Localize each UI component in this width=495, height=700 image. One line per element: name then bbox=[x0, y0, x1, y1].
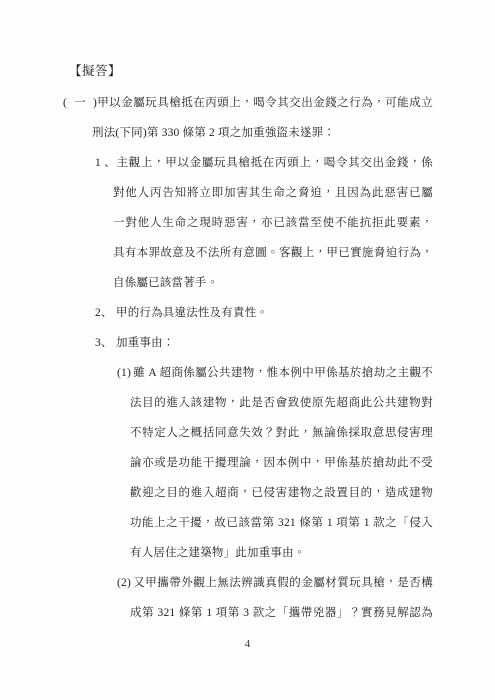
text-line: 有人居住之建築物」此加重事由。 bbox=[130, 538, 433, 568]
text-line: 歡迎之目的進入超商，已侵害建物之設置目的，造成建物 bbox=[130, 478, 433, 508]
text-line: 對他人丙告知將立即加害其生命之脅迫，且因為此惡害已屬 bbox=[113, 178, 433, 208]
list-marker: (2) bbox=[117, 568, 133, 598]
text-line: 功能上之干擾，故已該當第 321 條第 1 項第 1 款之「侵入 bbox=[130, 508, 433, 538]
list-marker: 1、 bbox=[95, 148, 116, 178]
answer-block: 1、主觀上，甲以金屬玩具槍抵在丙頭上，喝令其交出金錢，係對他人丙告知將立即加害其… bbox=[0, 148, 433, 298]
answer-block: 2、甲的行為具違法性及有責性。 bbox=[0, 298, 433, 328]
answer-heading: 【擬答】 bbox=[69, 56, 495, 86]
text-line: 自係屬已該當著手。 bbox=[113, 268, 433, 298]
line-text: 加重事由： bbox=[116, 337, 175, 349]
list-marker: (一) bbox=[63, 88, 97, 118]
text-line: 刑法(下同)第 330 條第 2 項之加重強盜未遂罪： bbox=[92, 118, 433, 148]
text-line: 具有本罪故意及不法所有意圖。客觀上，甲已實施脅迫行為， bbox=[113, 238, 433, 268]
answer-block: 3、加重事由： bbox=[0, 328, 433, 358]
text-line: 論亦或是功能干擾理論，因本例中，甲係基於搶劫此不受 bbox=[130, 448, 433, 478]
text-line: (2)又甲攜帶外觀上無法辨識真假的金屬材質玩具槍，是否構 bbox=[130, 568, 433, 598]
line-text: 甲的行為具違法性及有責性。 bbox=[116, 307, 268, 319]
line-text: 主觀上，甲以金屬玩具槍抵在丙頭上，喝令其交出金錢，係 bbox=[116, 157, 433, 169]
answer-block: (1)雖 A 超商係屬公共建物，惟本例中甲係基於搶劫之主觀不法目的進入該建物，此… bbox=[0, 358, 433, 568]
text-line: 1、主觀上，甲以金屬玩具槍抵在丙頭上，喝令其交出金錢，係 bbox=[113, 148, 433, 178]
text-line: 法目的進入該建物，此是否會致使原先超商此公共建物對 bbox=[130, 388, 433, 418]
list-marker: 2、 bbox=[95, 298, 116, 328]
text-line: 不特定人之概括同意失效？對此，無論係採取意思侵害理 bbox=[130, 418, 433, 448]
text-line: 2、甲的行為具違法性及有責性。 bbox=[113, 298, 433, 328]
text-line: (1)雖 A 超商係屬公共建物，惟本例中甲係基於搶劫之主觀不 bbox=[130, 358, 433, 388]
text-line: 一對他人生命之現時惡害，亦已該當至使不能抗拒此要素， bbox=[113, 208, 433, 238]
line-text: 又甲攜帶外觀上無法辨識真假的金屬材質玩具槍，是否構 bbox=[133, 577, 433, 589]
document-page: 【擬答】 (一)甲以金屬玩具槍抵在丙頭上，喝令其交出金錢之行為，可能成立刑法(下… bbox=[0, 0, 495, 700]
answer-block: (2)又甲攜帶外觀上無法辨識真假的金屬材質玩具槍，是否構成第 321 條第 1 … bbox=[0, 568, 433, 628]
page-number: 4 bbox=[0, 634, 495, 654]
text-line: (一)甲以金屬玩具槍抵在丙頭上，喝令其交出金錢之行為，可能成立 bbox=[92, 88, 433, 118]
text-line: 成第 321 條第 1 項第 3 款之「攜帶兇器」？實務見解認為 bbox=[130, 598, 433, 628]
answer-body: (一)甲以金屬玩具槍抵在丙頭上，喝令其交出金錢之行為，可能成立刑法(下同)第 3… bbox=[0, 88, 495, 628]
line-text: 甲以金屬玩具槍抵在丙頭上，喝令其交出金錢之行為，可能成立 bbox=[97, 97, 433, 109]
answer-block: (一)甲以金屬玩具槍抵在丙頭上，喝令其交出金錢之行為，可能成立刑法(下同)第 3… bbox=[0, 88, 433, 148]
list-marker: (1) bbox=[117, 358, 133, 388]
list-marker: 3、 bbox=[95, 328, 116, 358]
line-text: 雖 A 超商係屬公共建物，惟本例中甲係基於搶劫之主觀不 bbox=[133, 367, 433, 379]
text-line: 3、加重事由： bbox=[113, 328, 433, 358]
